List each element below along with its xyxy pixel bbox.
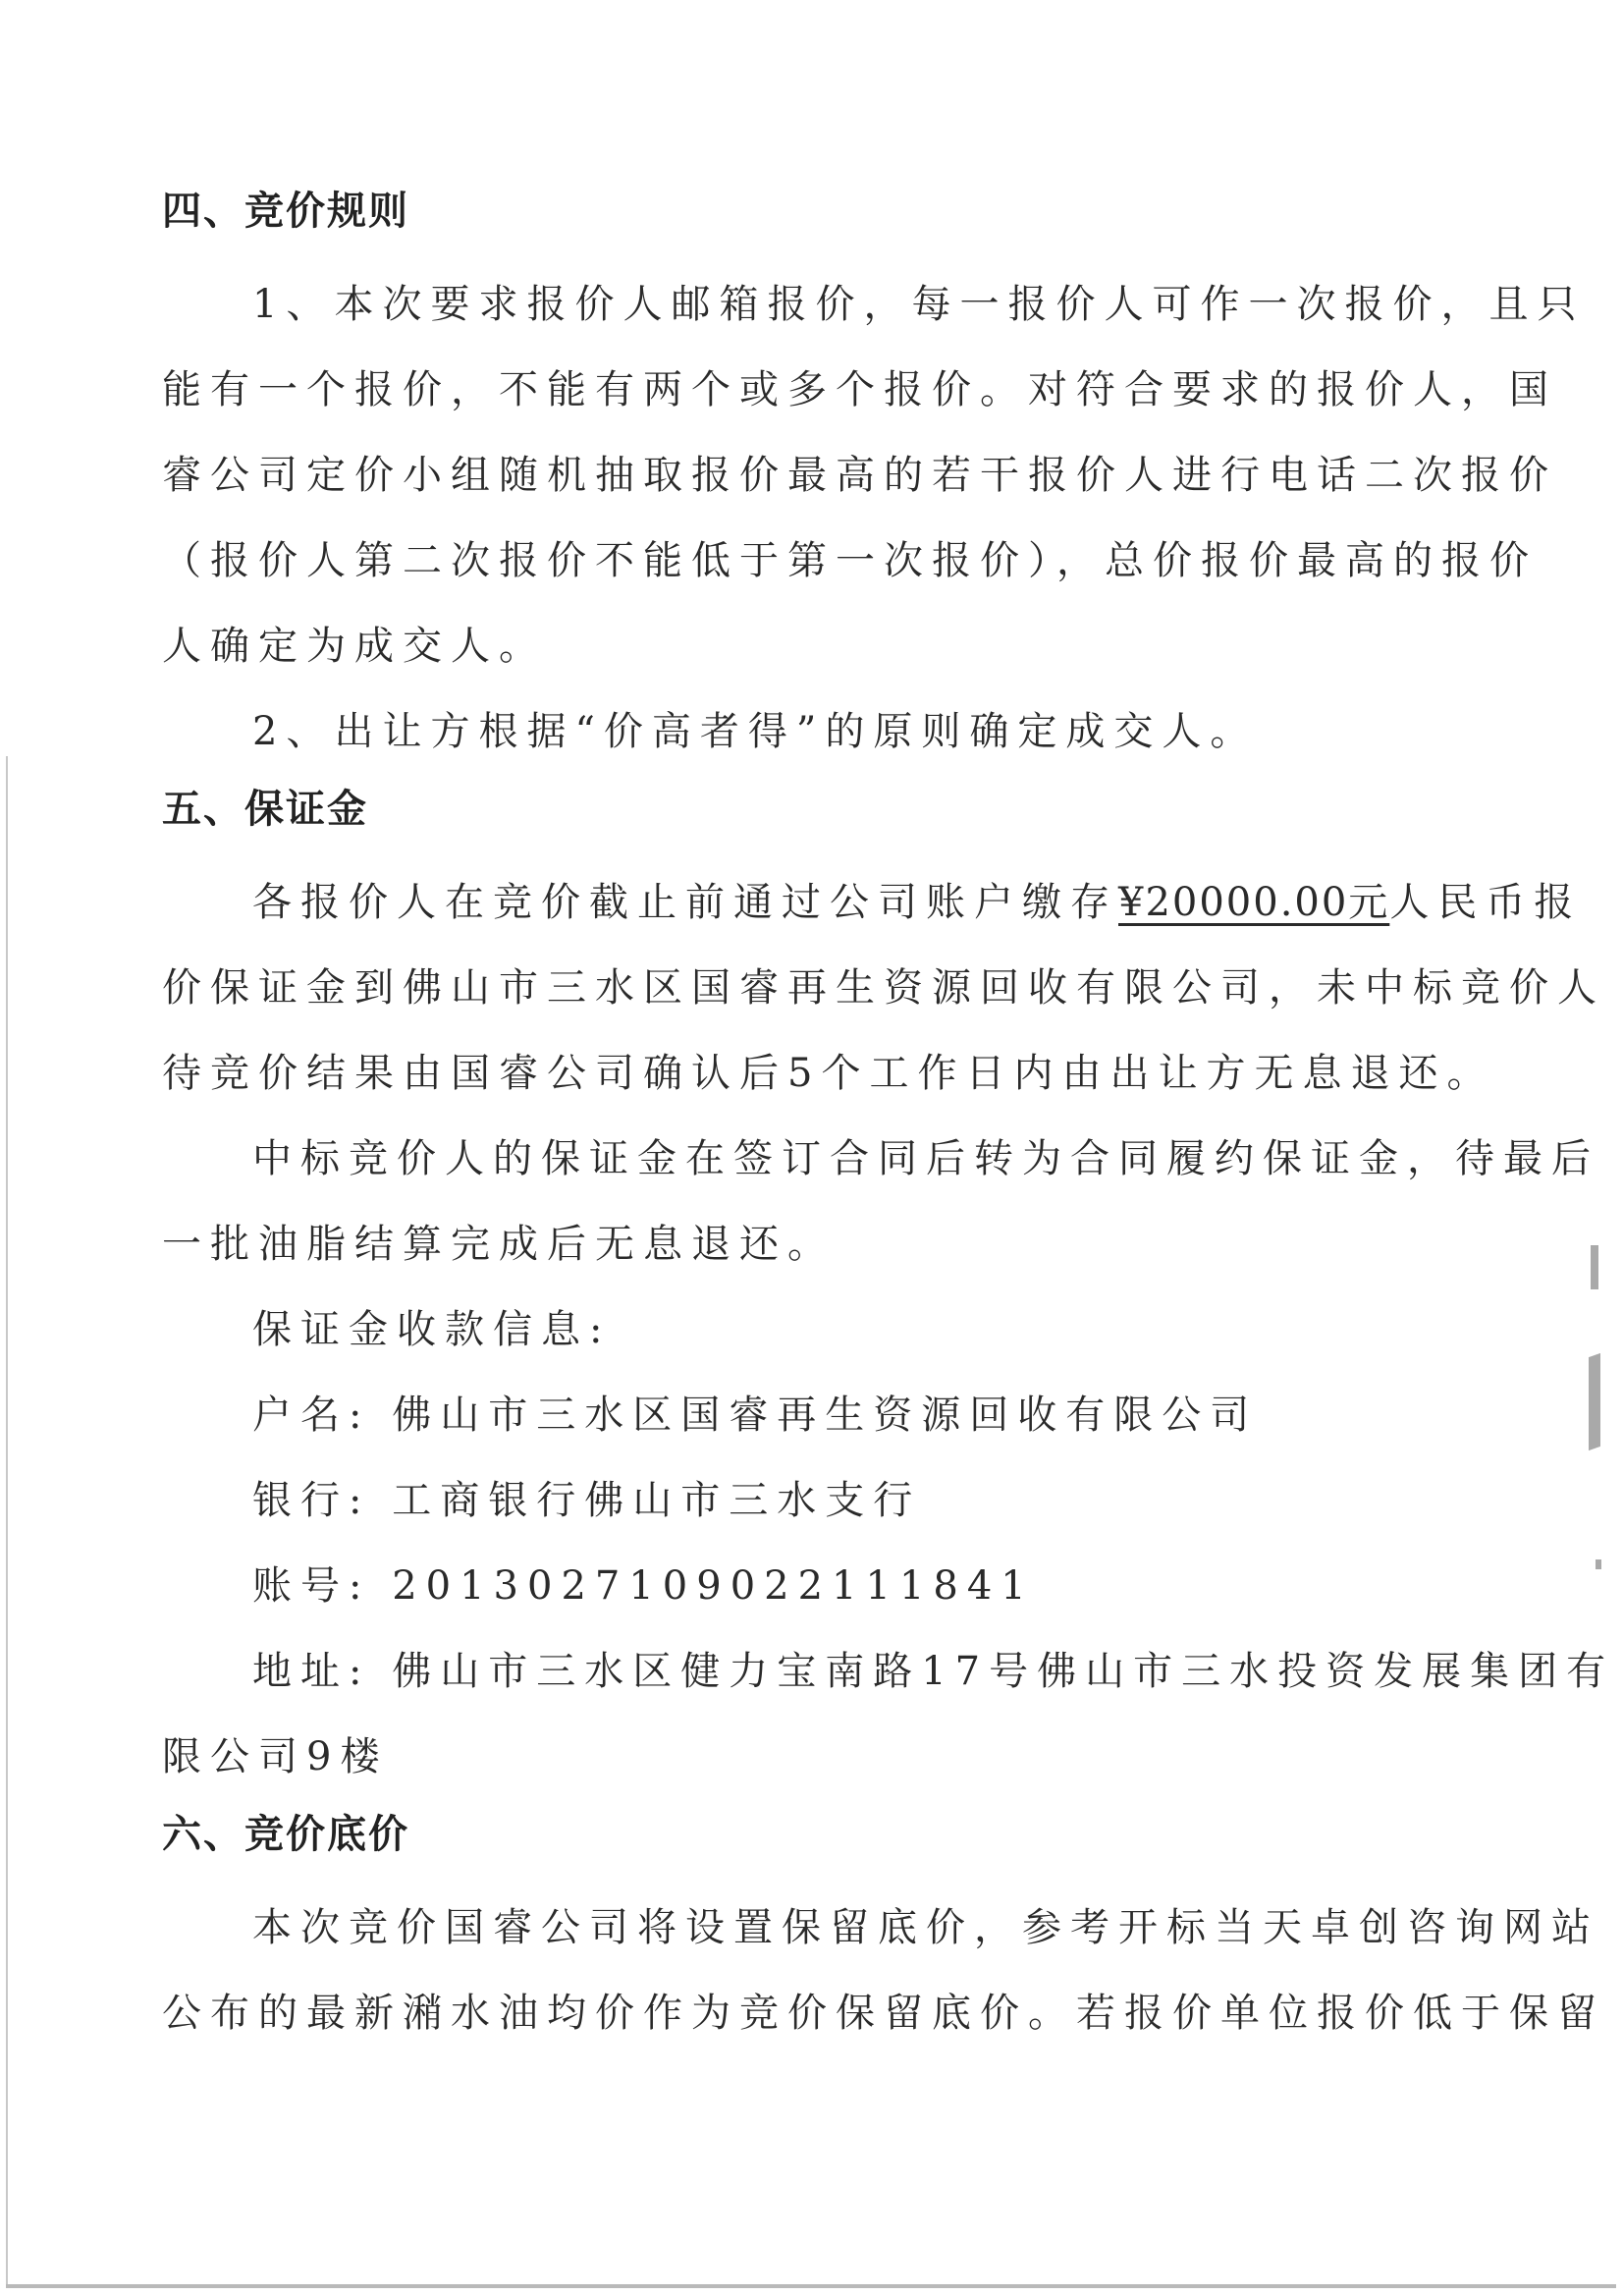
account-number-value: 2013027109022111841 [392, 1563, 1035, 1609]
document-body: 四、竞价规则 1、本次要求报价人邮箱报价，每一报价人可作一次报价，且只 能有一个… [162, 177, 1497, 2056]
scan-edge-bottom [6, 2284, 1616, 2288]
account-name-label: 户名: [252, 1393, 370, 1438]
deposit-paragraph-line: 价保证金到佛山市三水区国睿再生资源回收有限公司，未中标竞价人 [162, 946, 1497, 1031]
section-heading-bidding-rules: 四、竞价规则 [162, 177, 1497, 262]
deposit-paragraph-line: 待竞价结果由国睿公司确认后5个工作日内由出让方无息退还。 [162, 1031, 1497, 1117]
rule-1-line: 人确定为成交人。 [162, 604, 1497, 689]
account-number-row: 账号: 2013027109022111841 [162, 1544, 1497, 1629]
bank-label: 银行: [252, 1478, 370, 1523]
account-number-label: 账号: [252, 1563, 370, 1609]
winner-deposit-line: 一批油脂结算完成后无息退还。 [162, 1202, 1497, 1287]
address-label: 地址: [252, 1649, 370, 1694]
bank-row: 银行: 工商银行佛山市三水支行 [162, 1458, 1497, 1544]
scan-artifact [1589, 1353, 1600, 1450]
deposit-line: 各报价人在竞价截止前通过公司账户缴存¥20000.00元人民币报 [162, 860, 1497, 946]
bank-value: 工商银行佛山市三水支行 [392, 1478, 921, 1523]
receipt-info-label: 保证金收款信息: [162, 1287, 1497, 1373]
address-continuation: 限公司9楼 [162, 1715, 1497, 1800]
reserve-price-line: 公布的最新潲水油均价作为竞价保留底价。若报价单位报价低于保留 [162, 1971, 1497, 2056]
account-name-row: 户名: 佛山市三水区国睿再生资源回收有限公司 [162, 1373, 1497, 1458]
deposit-amount: ¥20000.00元 [1118, 880, 1389, 925]
winner-deposit-line: 中标竞价人的保证金在签订合同后转为合同履约保证金，待最后 [162, 1117, 1497, 1202]
scan-artifact [1596, 1559, 1601, 1569]
rule-1-line: 1、本次要求报价人邮箱报价，每一报价人可作一次报价，且只 [162, 262, 1497, 348]
rule-1-line: 睿公司定价小组随机抽取报价最高的若干报价人进行电话二次报价 [162, 433, 1497, 519]
address-value: 佛山市三水区健力宝南路17号佛山市三水投资发展集团有 [392, 1649, 1614, 1694]
address-row: 地址: 佛山市三水区健力宝南路17号佛山市三水投资发展集团有 [162, 1629, 1497, 1715]
deposit-text-before: 各报价人在竞价截止前通过公司账户缴存 [252, 880, 1118, 925]
reserve-price-line: 本次竞价国睿公司将设置保留底价，参考开标当天卓创咨询网站 [162, 1886, 1497, 1971]
rule-1-line: （报价人第二次报价不能低于第一次报价），总价报价最高的报价 [162, 519, 1497, 604]
section-heading-reserve-price: 六、竞价底价 [162, 1800, 1497, 1886]
scan-artifact [1591, 1245, 1598, 1289]
section-heading-deposit: 五、保证金 [162, 775, 1497, 860]
rule-2-line: 2、出让方根据“价高者得”的原则确定成交人。 [162, 689, 1497, 775]
scan-edge-left [6, 756, 8, 2288]
document-page: 四、竞价规则 1、本次要求报价人邮箱报价，每一报价人可作一次报价，且只 能有一个… [0, 0, 1623, 2296]
account-name-value: 佛山市三水区国睿再生资源回收有限公司 [392, 1393, 1258, 1438]
rule-1-line: 能有一个报价，不能有两个或多个报价。对符合要求的报价人，国 [162, 348, 1497, 433]
deposit-text-after: 人民币报 [1389, 880, 1582, 925]
